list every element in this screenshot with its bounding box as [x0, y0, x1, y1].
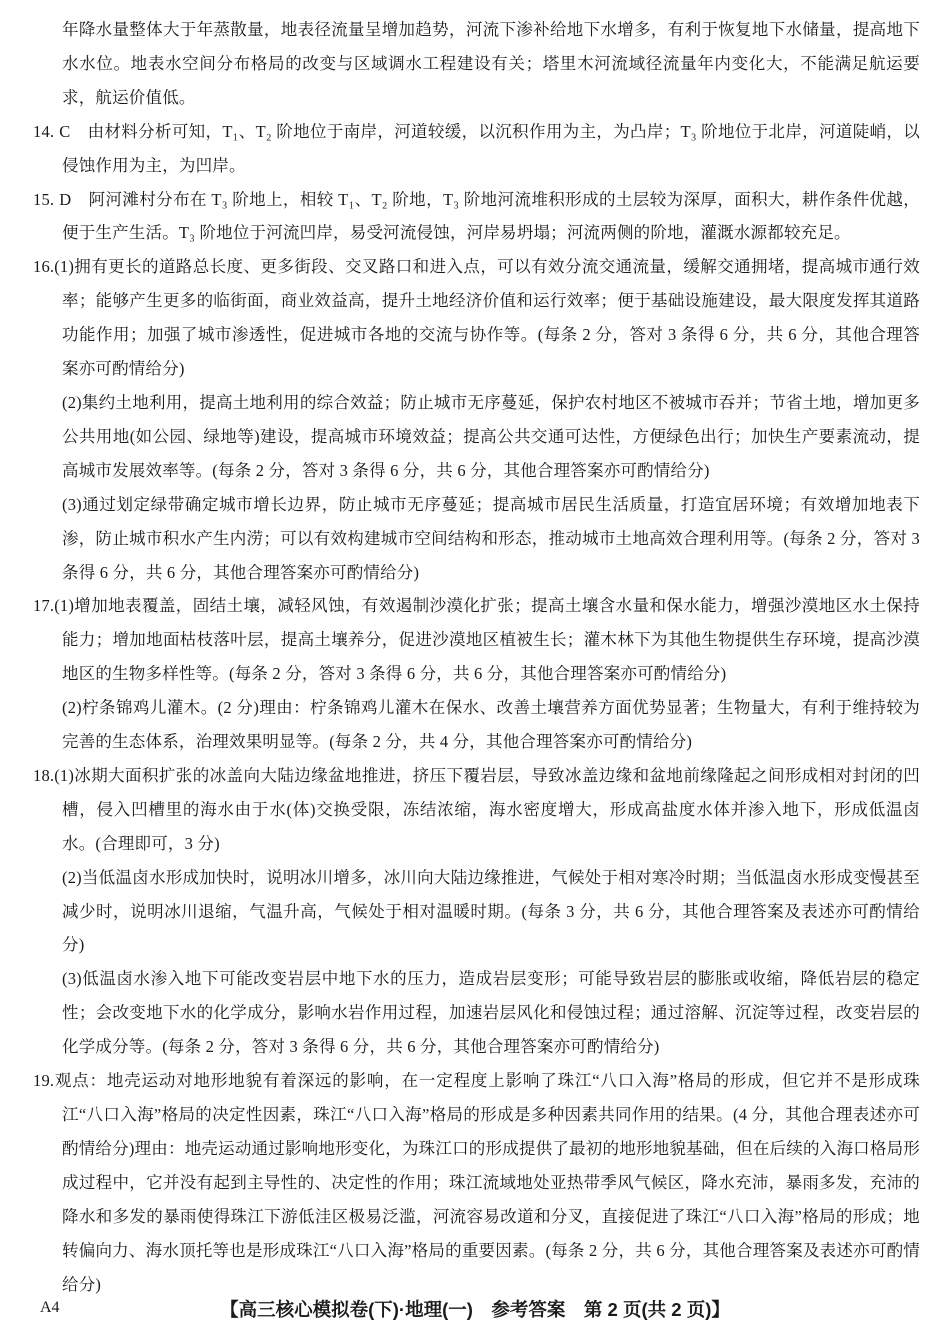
answer-14-number: 14.	[33, 122, 54, 141]
answer-18-part-2: (2)当低温卤水形成加快时，说明冰川增多，冰川向大陆边缘推进，气候处于相对寒冷时…	[33, 861, 920, 963]
answer-17-part-2: (2)柠条锦鸡儿灌木。(2 分)理由：柠条锦鸡儿灌木在保水、改善土壤营养方面优势…	[33, 691, 920, 759]
answer-16-number: 16.	[33, 257, 54, 276]
answer-18-part-1-text: (1)冰期大面积扩张的冰盖向大陆边缘盆地推进，挤压下覆岩层，导致冰盖边缘和盆地前…	[54, 766, 920, 853]
answers-section: 年降水量整体大于年蒸散量，地表径流量呈增加趋势，河流下渗补给地下水增多，有利于恢…	[33, 13, 920, 1301]
answer-16-part-3: (3)通过划定绿带确定城市增长边界，防止城市无序蔓延；提高城市居民生活质量，打造…	[33, 488, 920, 590]
page-footer: A4 【高三核心模拟卷(下)·地理(一) 参考答案 第 2 页(共 2 页)】	[0, 1296, 950, 1324]
answer-15-text: 阿河滩村分布在 T₃ 阶地上，相较 T₁、T₂ 阶地，T₃ 阶地河流堆积形成的土…	[62, 190, 920, 243]
answer-13-continuation: 年降水量整体大于年蒸散量，地表径流量呈增加趋势，河流下渗补给地下水增多，有利于恢…	[33, 13, 920, 115]
answer-19-text: 观点：地壳运动对地形地貌有着深远的影响，在一定程度上影响了珠江“八口入海”格局的…	[54, 1071, 920, 1293]
answer-15-choice: D	[59, 190, 71, 209]
answer-sheet-page: { "document": { "footer": { "paper_size"…	[0, 0, 950, 1336]
answer-15: 15.D阿河滩村分布在 T₃ 阶地上，相较 T₁、T₂ 阶地，T₃ 阶地河流堆积…	[33, 183, 920, 251]
answer-14-choice: C	[59, 122, 70, 141]
answer-16-part-1: 16.(1)拥有更长的道路总长度、更多街段、交叉路口和进入点，可以有效分流交通流…	[33, 250, 920, 386]
answer-16-part-2: (2)集约土地利用，提高土地利用的综合效益；防止城市无序蔓延，保护农村地区不被城…	[33, 386, 920, 488]
answer-19: 19.观点：地壳运动对地形地貌有着深远的影响，在一定程度上影响了珠江“八口入海”…	[33, 1064, 920, 1301]
answer-18-part-3: (3)低温卤水渗入地下可能改变岩层中地下水的压力，造成岩层变形；可能导致岩层的膨…	[33, 962, 920, 1064]
answer-18-number: 18.	[33, 766, 54, 785]
paper-size-label: A4	[40, 1299, 60, 1317]
answer-14-text: 由材料分析可知，T₁、T₂ 阶地位于南岸，河道较缓，以沉积作用为主，为凸岸；T₃…	[62, 122, 920, 175]
answer-14: 14.C由材料分析可知，T₁、T₂ 阶地位于南岸，河道较缓，以沉积作用为主，为凸…	[33, 115, 920, 183]
answer-17-number: 17.	[33, 596, 54, 615]
answer-17-part-1-text: (1)增加地表覆盖，固结土壤，减轻风蚀，有效遏制沙漠化扩张；提高土壤含水量和保水…	[54, 596, 920, 683]
answer-18-part-1: 18.(1)冰期大面积扩张的冰盖向大陆边缘盆地推进，挤压下覆岩层，导致冰盖边缘和…	[33, 759, 920, 861]
footer-caption: 【高三核心模拟卷(下)·地理(一) 参考答案 第 2 页(共 2 页)】	[0, 1296, 950, 1322]
answer-16-part-1-text: (1)拥有更长的道路总长度、更多街段、交叉路口和进入点，可以有效分流交通流量，缓…	[54, 257, 920, 378]
answer-19-number: 19.	[33, 1071, 54, 1090]
answer-17-part-1: 17.(1)增加地表覆盖，固结土壤，减轻风蚀，有效遏制沙漠化扩张；提高土壤含水量…	[33, 589, 920, 691]
answer-15-number: 15.	[33, 190, 54, 209]
